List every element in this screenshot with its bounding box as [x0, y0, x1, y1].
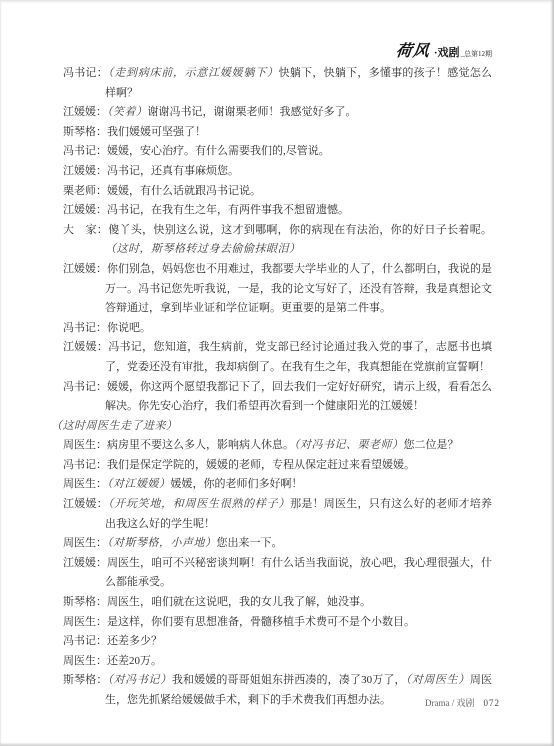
dialogue-line: 江媛媛：冯书记，还真有事麻烦您。	[63, 162, 492, 182]
script-lines: 冯书记：（走到病床前，示意江媛媛躺下）快躺下，快躺下，多懂事的孩子！感觉怎么样啊…	[63, 64, 492, 711]
speaker-name: 江媛媛：	[63, 204, 107, 216]
stage-direction: （开玩笑地，和周医生很熟的样子）	[108, 498, 290, 510]
dialogue-text: 周医生，咱们就在这说吧，我的女儿我了解，她没事。	[107, 596, 371, 608]
speaker-name: 冯书记：	[63, 381, 107, 393]
journal-section-label: ·戏剧	[434, 44, 460, 60]
stage-direction: （对周医生）	[406, 674, 470, 686]
stage-direction: （笑着）	[107, 106, 148, 118]
dialogue-line: 冯书记：你说吧。	[63, 319, 492, 339]
dialogue-line: 江媛媛：你们别急，妈妈您也不用难过，我都要大学毕业的人了，什么都明白，我说的是万…	[63, 260, 492, 319]
dialogue-text: 还差多少？	[107, 635, 162, 647]
dialogue-text: 谢谢冯书记，谢谢栗老师！我感觉好多了。	[148, 106, 357, 118]
dialogue-line: 周医生：（对斯琴格，小声地）您出来一下。	[63, 534, 492, 554]
dialogue-text: 你们别急，妈妈您也不用难过，我都要大学毕业的人了，什么都明白，我说的是万一。冯书…	[105, 263, 492, 314]
journal-logo: 荷风	[395, 38, 431, 61]
dialogue-line: 冯书记：还差多少？	[63, 632, 492, 652]
footer-section-label: Drama / 戏剧	[425, 698, 475, 708]
speaker-name: 斯琴格：	[63, 126, 107, 138]
speaker-name: 江媛媛：	[63, 165, 107, 177]
stage-direction-line: （这时周医生走了进来）	[51, 417, 492, 437]
dialogue-line: 江媛媛：冯书记，在我有生之年，有两件事我不想留遗憾。	[63, 201, 492, 221]
page-number: 072	[484, 698, 501, 708]
speaker-name: 斯琴格：	[63, 596, 107, 608]
speaker-name: 周医生：	[63, 439, 107, 451]
stage-direction: （对冯书记、栗老师）	[294, 439, 404, 451]
dialogue-text: 还差20万。	[107, 655, 162, 667]
speaker-name: 冯书记：	[63, 635, 107, 647]
speaker-name: 周医生：	[63, 478, 107, 490]
speaker-name: 栗老师：	[63, 185, 107, 197]
stage-direction: （这时周医生走了进来）	[51, 420, 178, 432]
speaker-name: 周医生：	[63, 655, 107, 667]
dialogue-text: 媛媛，有什么话就跟冯书记说。	[107, 185, 261, 197]
dialogue-line: 冯书记：媛媛，安心治疗。有什么需要我们的,尽管说。	[63, 142, 492, 162]
dialogue-line: 周医生：（对江媛媛）媛媛，你的老师们多好啊！	[63, 475, 492, 495]
dialogue-text: 病房里不要这么多人，影响病人休息。	[107, 439, 294, 451]
speaker-name: 大 家：	[63, 224, 108, 236]
dialogue-line: 冯书记：媛媛，你这两个愿望我都记下了，回去我们一定好好研究，请示上级，看看怎么解…	[63, 378, 492, 417]
dialogue-line: 江媛媛：（笑着）谢谢冯书记，谢谢栗老师！我感觉好多了。	[63, 103, 492, 123]
speaker-name: 江媛媛：	[63, 498, 108, 510]
dialogue-text: 您二位是？	[404, 439, 459, 451]
dialogue-line: 周医生：还差20万。	[63, 652, 492, 672]
stage-direction: （对冯书记）	[108, 674, 172, 686]
speaker-name: 江媛媛：	[63, 106, 107, 118]
dialogue-text: 媛媛，安心治疗。有什么需要我们的,尽管说。	[107, 145, 330, 157]
dialogue-text: 我们媛媛可坚强了！	[107, 126, 206, 138]
dialogue-text: 冯书记，您知道，我生病前，党支部已经讨论通过我入党的事了，志愿书也填了，党委还没…	[105, 341, 492, 373]
page-footer: Drama / 戏剧072	[425, 696, 500, 709]
dialogue-text: 媛媛，你这两个愿望我都记下了，回去我们一定好好研究，请示上级，看看怎么解决。你先…	[105, 381, 492, 413]
dialogue-text: 冯书记，在我有生之年，有两件事我不想留遗憾。	[107, 204, 349, 216]
dialogue-text: 我和媛媛的哥哥姐姐东拼西凑的，凑了30万了，	[172, 674, 406, 686]
stage-direction: （走到病床前，示意江媛媛躺下）	[108, 67, 279, 79]
dialogue-text: 周医生，咱可不兴秘密谈判啊！有什么话当我面说，放心吧，我心理很强大，什么都能承受…	[105, 557, 492, 589]
magazine-page: 荷风 ·戏剧 _总第12期 冯书记：（走到病床前，示意江媛媛躺下）快躺下，快躺下…	[0, 0, 554, 746]
speaker-name: 冯书记：	[63, 145, 107, 157]
stage-direction: （这时，斯琴格转过身去偷偷抹眼泪）	[105, 243, 301, 255]
dialogue-text: 你说吧。	[107, 322, 151, 334]
dialogue-line: 冯书记：（走到病床前，示意江媛媛躺下）快躺下，快躺下，多懂事的孩子！感觉怎么样啊…	[63, 64, 492, 103]
dialogue-text: 傻丫头，快别这么说，这才到哪啊，你的病现在有法治，你的好日子长着呢。	[108, 224, 492, 236]
dialogue-line: 冯书记：我们是保定学院的，媛媛的老师，专程从保定赶过来看望媛媛。	[63, 456, 492, 476]
dialogue-line: 大 家：傻丫头，快别这么说，这才到哪啊，你的病现在有法治，你的好日子长着呢。（这…	[63, 221, 492, 260]
dialogue-line: 江媛媛：冯书记，您知道，我生病前，党支部已经讨论通过我入党的事了，志愿书也填了，…	[63, 338, 492, 377]
dialogue-line: 斯琴格：我们媛媛可坚强了！	[63, 123, 492, 143]
speaker-name: 斯琴格：	[63, 674, 108, 686]
dialogue-line: 周医生：是这样，你们要有思想准备，骨髓移植手术费可不是个小数目。	[63, 613, 492, 633]
journal-issue-number: _总第12期	[461, 49, 493, 59]
dialogue-line: 栗老师：媛媛，有什么话就跟冯书记说。	[63, 182, 492, 202]
speaker-name: 冯书记：	[63, 459, 107, 471]
dialogue-text: 我们是保定学院的，媛媛的老师，专程从保定赶过来看望媛媛。	[107, 459, 415, 471]
speaker-name: 江媛媛：	[63, 263, 107, 275]
dialogue-text: 您出来一下。	[217, 537, 283, 549]
dialogue-line: 江媛媛：（开玩笑地，和周医生很熟的样子）那是！周医生，只有这么好的老师才培养出我…	[63, 495, 492, 534]
speaker-name: 冯书记：	[63, 67, 108, 79]
dialogue-line: 斯琴格：周医生，咱们就在这说吧，我的女儿我了解，她没事。	[63, 593, 492, 613]
journal-header: 荷风 ·戏剧 _总第12期	[396, 38, 492, 61]
stage-direction: （对斯琴格，小声地）	[107, 537, 217, 549]
speaker-name: 江媛媛：	[63, 341, 108, 353]
dialogue-line: 周医生：病房里不要这么多人，影响病人休息。（对冯书记、栗老师）您二位是？	[63, 436, 492, 456]
speaker-name: 冯书记：	[63, 322, 107, 334]
dialogue-text: 媛媛，你的老师们多好啊！	[171, 478, 303, 490]
dialogue-line: 江媛媛：周医生，咱可不兴秘密谈判啊！有什么话当我面说，放心吧，我心理很强大，什么…	[63, 554, 492, 593]
speaker-name: 周医生：	[63, 616, 107, 628]
speaker-name: 江媛媛：	[63, 557, 107, 569]
speaker-name: 周医生：	[63, 537, 107, 549]
dialogue-text: 冯书记，还真有事麻烦您。	[107, 165, 239, 177]
stage-direction: （对江媛媛）	[107, 478, 171, 490]
dialogue-text: 是这样，你们要有思想准备，骨髓移植手术费可不是个小数目。	[107, 616, 415, 628]
